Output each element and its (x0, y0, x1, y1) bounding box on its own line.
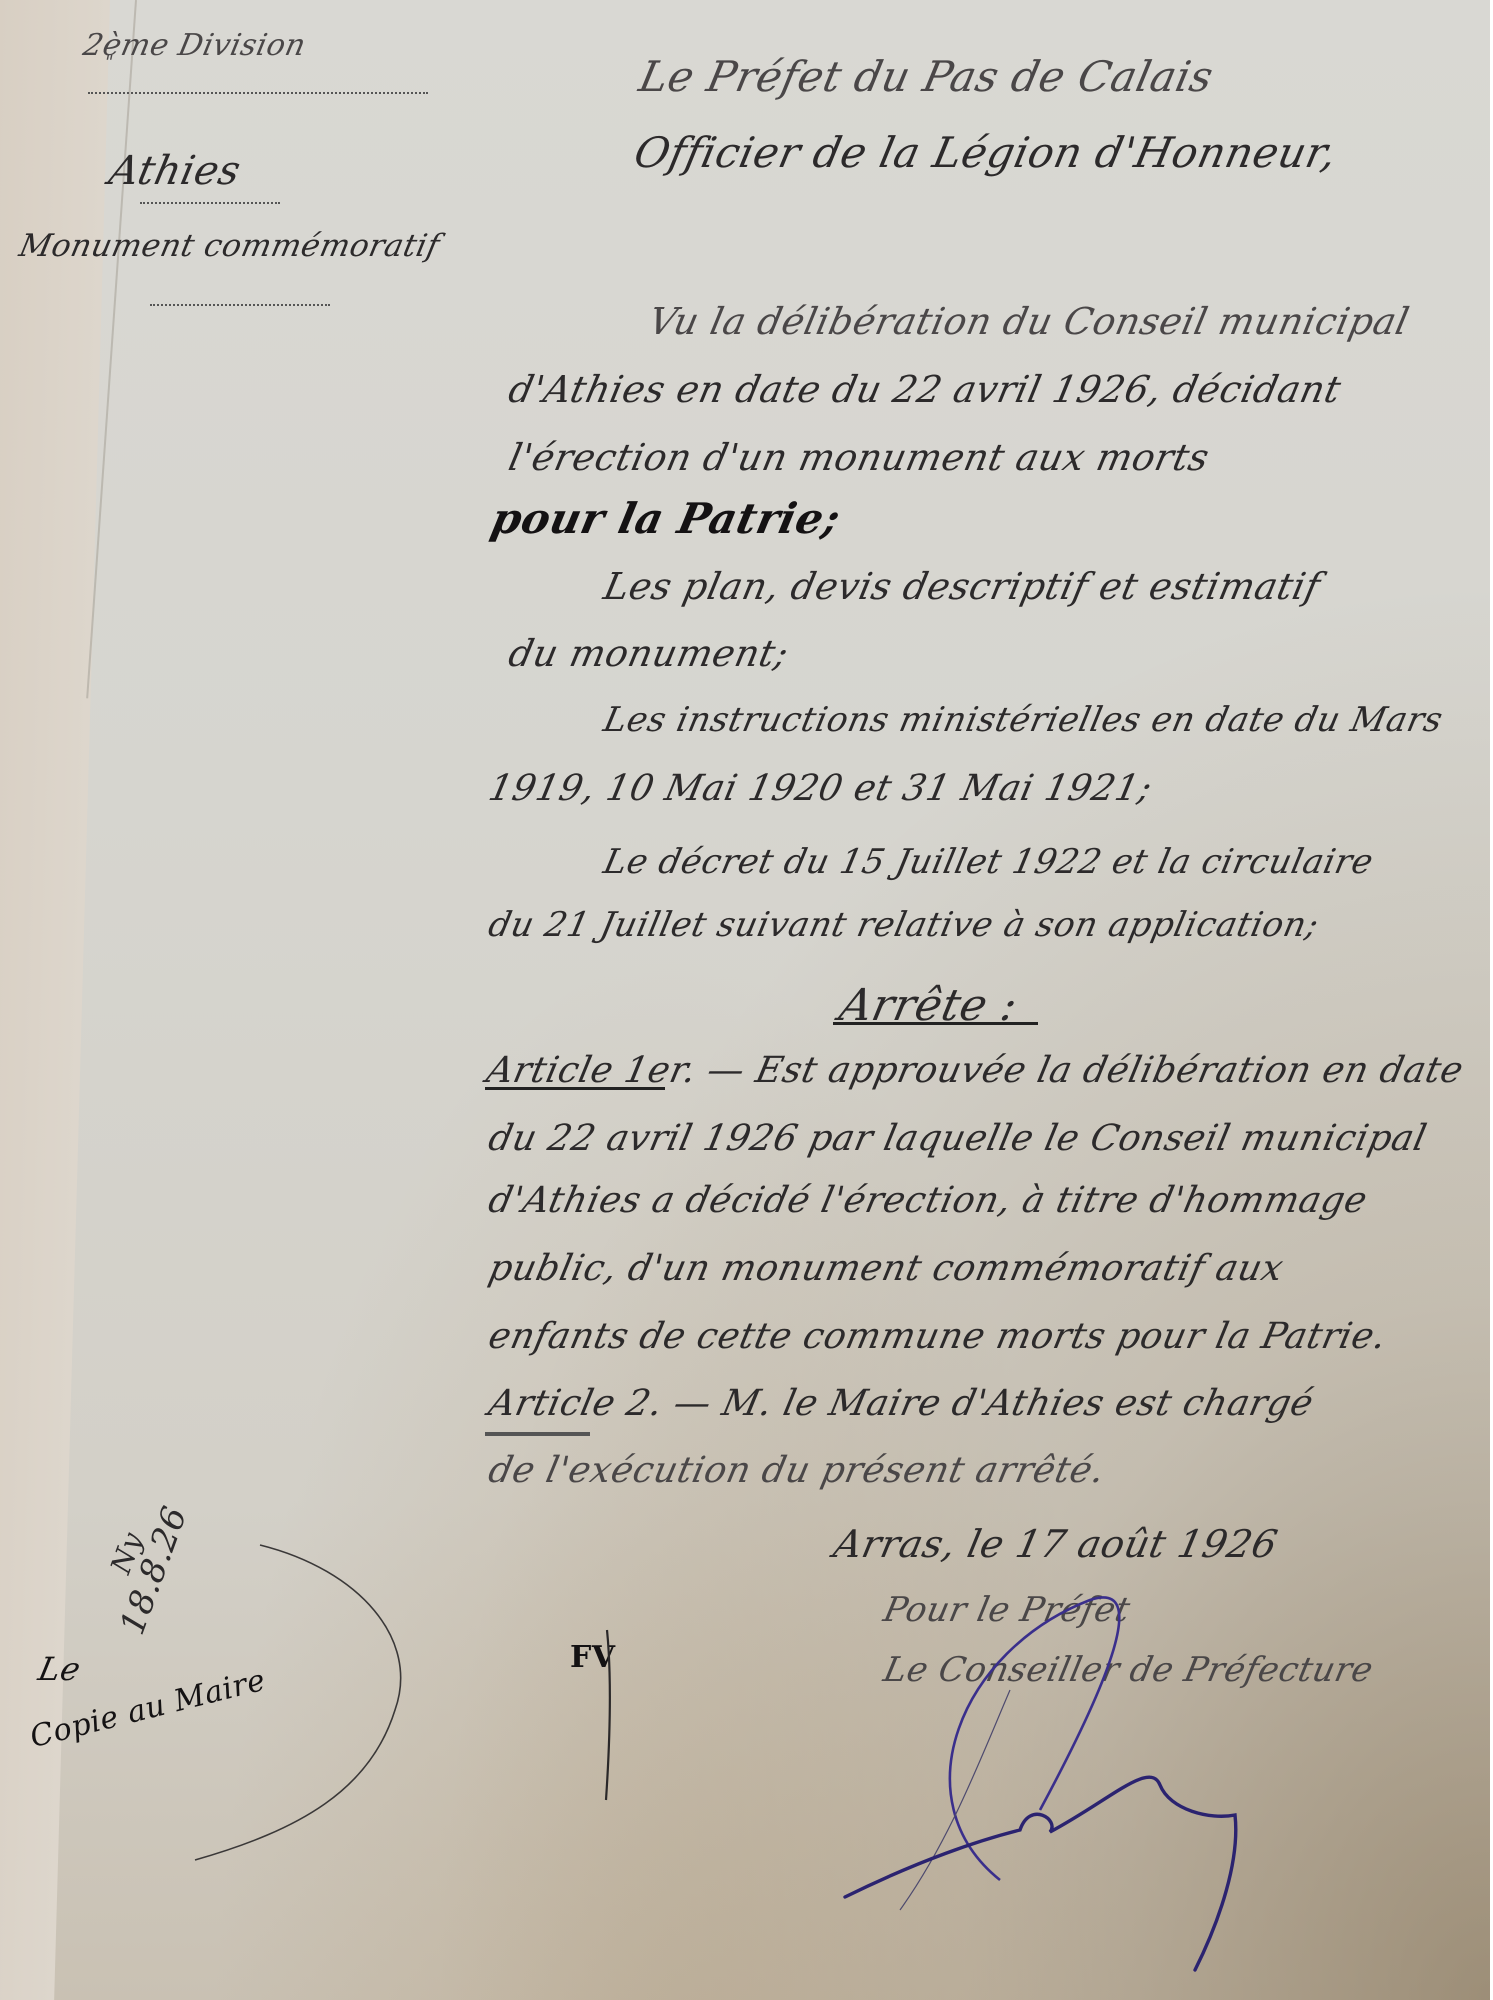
document-page: 2ème Division " Athies Monument commémor… (0, 0, 1490, 2000)
pencil-curve (195, 1545, 401, 1860)
signature-loop (950, 1597, 1119, 1880)
signature-line (900, 1690, 1010, 1910)
pencil-stroke (606, 1630, 610, 1800)
ink-strokes (0, 0, 1490, 2000)
signature-flourish (845, 1777, 1236, 1970)
